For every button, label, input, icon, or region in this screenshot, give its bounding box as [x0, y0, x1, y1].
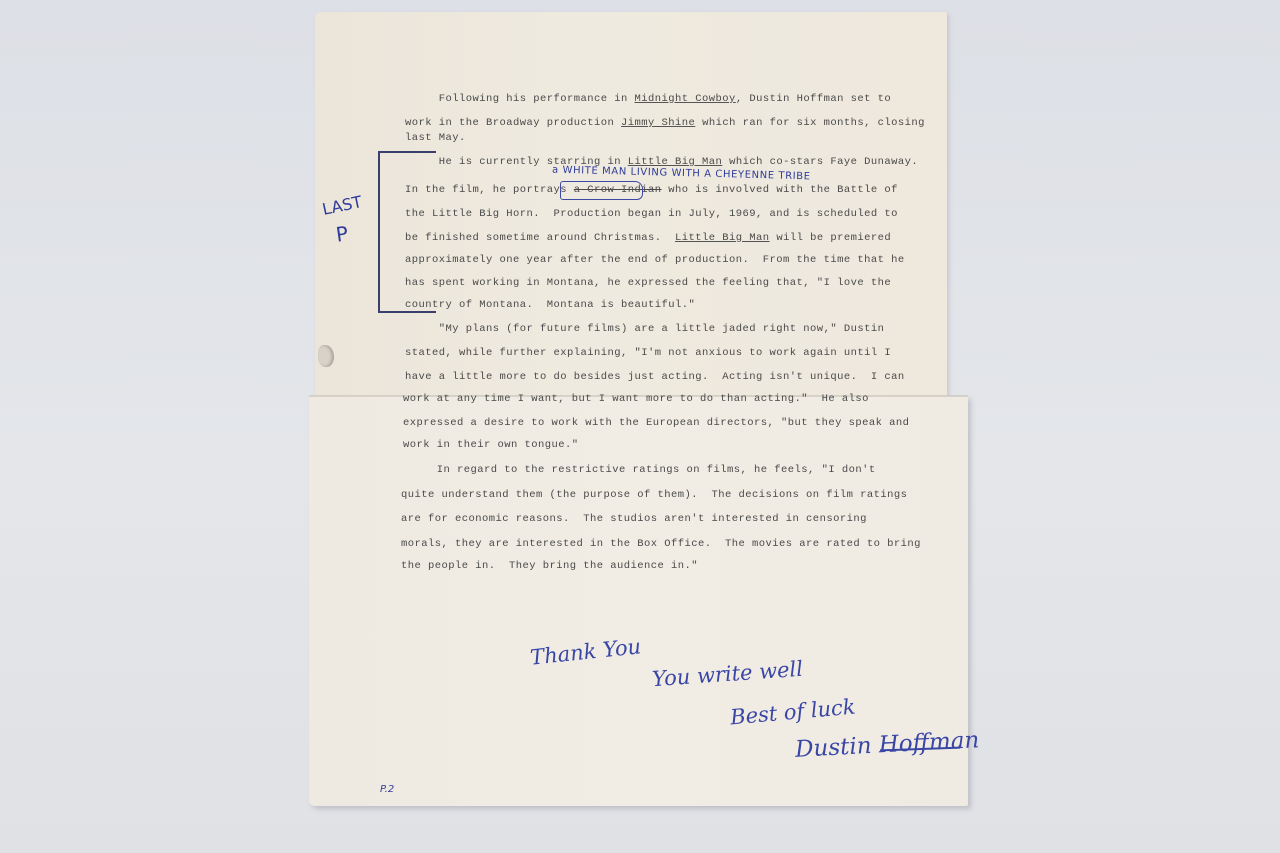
underlined-title: Jimmy Shine: [621, 117, 695, 129]
typed-line: the people in. They bring the audience i…: [401, 559, 698, 573]
typed-line: the Little Big Horn. Production began in…: [405, 207, 898, 221]
typed-line: country of Montana. Montana is beautiful…: [405, 298, 695, 312]
underlined-title: Little Big Man: [675, 232, 770, 244]
typed-line: In regard to the restrictive ratings on …: [403, 463, 876, 477]
typed-line: work in the Broadway production Jimmy Sh…: [405, 116, 925, 130]
typed-line: "My plans (for future films) are a littl…: [405, 322, 884, 336]
typed-line: stated, while further explaining, "I'm n…: [405, 346, 891, 360]
typed-line: has spent working in Montana, he express…: [405, 276, 891, 290]
typed-line: In the film, he portrays a Crow Indian w…: [405, 183, 898, 197]
underlined-title: Midnight Cowboy: [635, 93, 736, 105]
typed-line: work at any time I want, but I want more…: [403, 392, 869, 406]
typed-line: are for economic reasons. The studios ar…: [401, 512, 867, 526]
page-number: P.2: [380, 784, 394, 795]
typed-line: quite understand them (the purpose of th…: [401, 488, 907, 502]
typed-line: be finished sometime around Christmas. L…: [405, 231, 891, 245]
typed-line: last May.: [405, 131, 466, 145]
typed-line: Following his performance in Midnight Co…: [405, 92, 891, 106]
typed-line: expressed a desire to work with the Euro…: [403, 416, 909, 430]
typed-line: morals, they are interested in the Box O…: [401, 537, 921, 551]
strikeout-box: [560, 181, 643, 200]
typed-line: work in their own tongue.": [403, 438, 579, 452]
typed-line: have a little more to do besides just ac…: [405, 370, 905, 384]
typed-line: approximately one year after the end of …: [405, 253, 905, 267]
paper-tear: [318, 345, 334, 367]
margin-bracket: [378, 151, 436, 313]
